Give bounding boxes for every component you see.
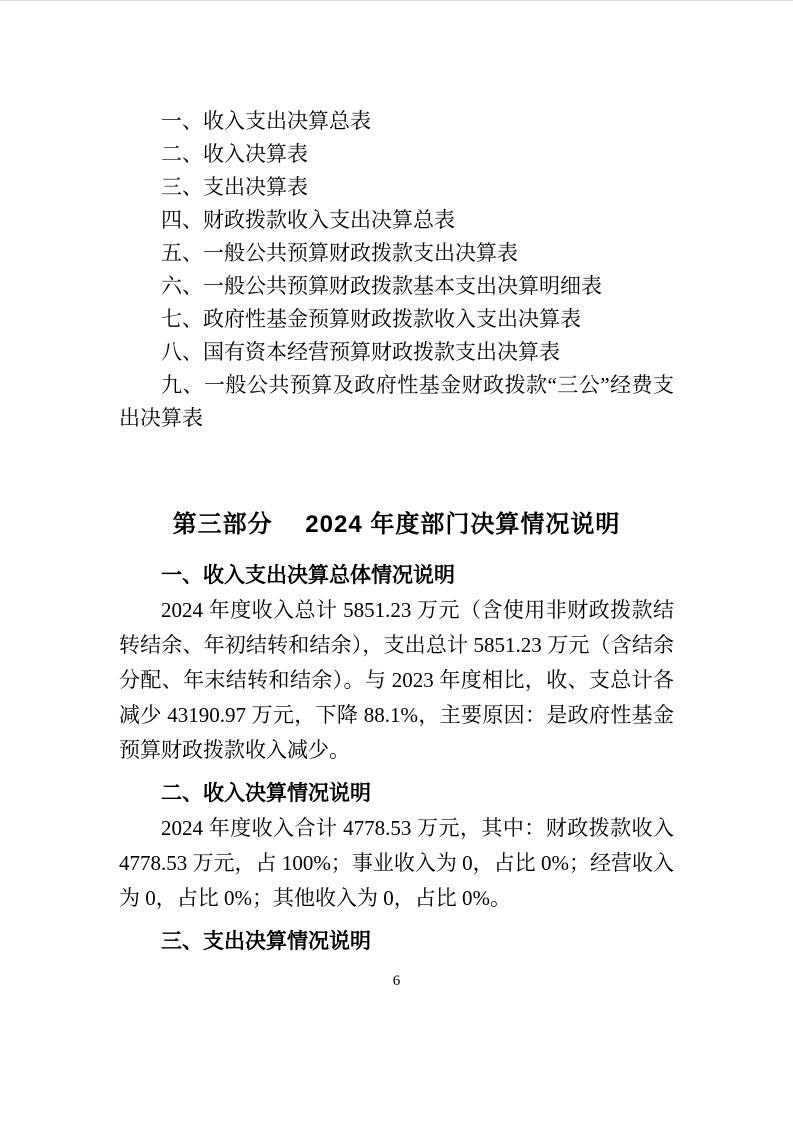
- subsection-heading-expenditure-statement: 三、支出决算情况说明: [119, 924, 674, 959]
- document-page: 一、收入支出决算总表 二、收入决算表 三、支出决算表 四、财政拨款收入支出决算总…: [0, 0, 793, 1122]
- section-title: 第三部分 2024 年度部门决算情况说明: [119, 507, 674, 543]
- statement-list-item-5: 五、一般公共预算财政拨款支出决算表: [119, 237, 674, 270]
- subsection-heading-income-expenditure-overview: 一、收入支出决算总体情况说明: [119, 558, 674, 593]
- statement-list-item-2: 二、收入决算表: [119, 138, 674, 171]
- statement-list-item-7: 七、政府性基金预算财政拨款收入支出决算表: [119, 303, 674, 336]
- statement-list-item-3: 三、支出决算表: [119, 171, 674, 204]
- page-number: 6: [0, 972, 793, 990]
- subsection-heading-income-statement: 二、收入决算情况说明: [119, 776, 674, 811]
- page-content: 一、收入支出决算总表 二、收入决算表 三、支出决算表 四、财政拨款收入支出决算总…: [119, 105, 674, 959]
- statement-list-item-6: 六、一般公共预算财政拨款基本支出决算明细表: [119, 270, 674, 303]
- statement-list-item-1: 一、收入支出决算总表: [119, 105, 674, 138]
- statement-list-item-9: 九、一般公共预算及政府性基金财政拨款“三公”经费支出决算表: [119, 369, 674, 435]
- statement-list-item-8: 八、国有资本经营预算财政拨款支出决算表: [119, 336, 674, 369]
- paragraph-income-expenditure-overview: 2024 年度收入总计 5851.23 万元（含使用非财政拨款结转结余、年初结转…: [119, 593, 674, 768]
- paragraph-income-statement: 2024 年度收入合计 4778.53 万元，其中：财政拨款收入 4778.53…: [119, 811, 674, 916]
- statement-list: 一、收入支出决算总表 二、收入决算表 三、支出决算表 四、财政拨款收入支出决算总…: [119, 105, 674, 435]
- statement-list-item-4: 四、财政拨款收入支出决算总表: [119, 204, 674, 237]
